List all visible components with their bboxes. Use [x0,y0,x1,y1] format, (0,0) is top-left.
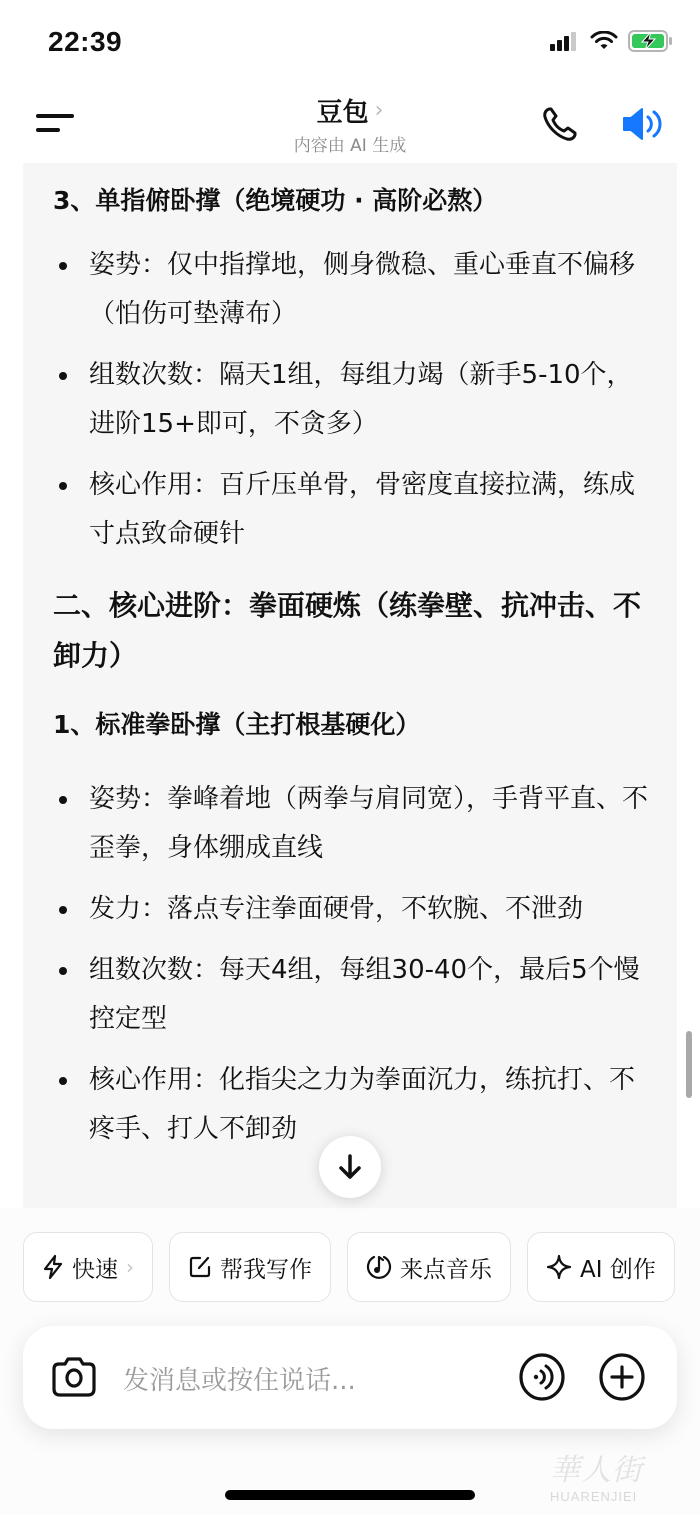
scrollbar[interactable] [686,1031,692,1098]
section-heading: 二、核心进阶：拳面硬炼（练拳壁、抗冲击、不卸力） [53,581,653,681]
chat-title[interactable]: 豆包 › [317,92,384,129]
status-time: 22:39 [48,26,122,58]
voice-call-icon [518,1353,566,1401]
status-icons [550,30,674,52]
bullet-list: 姿势：仅中指撑地，侧身微稳、重心垂直不偏移（怕伤可垫薄布） 组数次数：隔天1组，… [53,241,653,559]
ai-generated-notice: 内容由 AI 生成 [0,131,700,156]
assistant-message: 3、单指俯卧撑（绝境硬功 · 高阶必熬） 姿势：仅中指撑地，侧身微稳、重心垂直不… [53,179,653,1154]
bullet-list: 姿势：拳峰着地（两拳与肩同宽），手背平直、不歪拳，身体绷成直线 发力：落点专注拳… [53,775,653,1154]
watermark-cn: 華人街 [550,1445,643,1489]
watermark: 華人街 HUARENJIEI [550,1445,643,1504]
section-heading: 3、单指俯卧撑（绝境硬功 · 高阶必熬） [53,179,653,223]
sparkle-icon [546,1254,572,1280]
phone-call-button[interactable] [540,104,580,144]
more-options-button[interactable] [598,1353,646,1405]
arrow-down-icon [337,1153,363,1181]
chevron-right-icon: › [375,98,384,123]
plus-icon [598,1353,646,1401]
chip-ai-create[interactable]: AI 创作 [527,1232,675,1302]
header: 豆包 › 内容由 AI 生成 [0,86,700,162]
chip-label: AI 创作 [580,1251,656,1284]
status-bar: 22:39 [0,0,700,86]
phone-icon [540,104,580,144]
list-item: 组数次数：隔天1组，每组力竭（新手5-10个，进阶15+即可，不贪多） [53,351,653,449]
section-heading: 1、标准拳卧撑（主打根基硬化） [53,703,653,747]
speaker-button[interactable] [620,104,668,144]
list-item: 发力：落点专注拳面硬骨，不软腕、不泄劲 [53,885,653,934]
music-icon [366,1254,392,1280]
chip-label: 帮我写作 [220,1251,312,1284]
chip-play-music[interactable]: 来点音乐 [347,1232,511,1302]
message-input-bar: 发消息或按住说话... [23,1326,677,1429]
list-item: 组数次数：每天4组，每组30-40个，最后5个慢控定型 [53,946,653,1044]
edit-icon [188,1255,212,1279]
list-item: 姿势：仅中指撑地，侧身微稳、重心垂直不偏移（怕伤可垫薄布） [53,241,653,339]
camera-button[interactable] [51,1356,97,1402]
chevron-right-icon: › [126,1255,134,1279]
voice-call-button[interactable] [518,1353,566,1405]
bot-name: 豆包 [317,92,369,129]
home-indicator[interactable] [225,1490,475,1500]
battery-charging-icon [628,30,674,52]
title-area[interactable]: 豆包 › 内容由 AI 生成 [0,92,700,156]
wifi-icon [590,31,618,51]
chat-message-area[interactable]: 3、单指俯卧撑（绝境硬功 · 高阶必熬） 姿势：仅中指撑地，侧身微稳、重心垂直不… [23,163,677,1208]
list-item: 姿势：拳峰着地（两拳与肩同宽），手背平直、不歪拳，身体绷成直线 [53,775,653,873]
cellular-signal-icon [550,31,580,51]
camera-icon [51,1356,97,1398]
chip-fast-mode[interactable]: 快速 › [23,1232,153,1302]
list-item: 核心作用：百斤压单骨，骨密度直接拉满，练成寸点致命硬针 [53,461,653,559]
message-input[interactable]: 发消息或按住说话... [123,1360,356,1397]
chip-help-me-write[interactable]: 帮我写作 [169,1232,331,1302]
chip-label: 来点音乐 [400,1251,492,1284]
scroll-to-bottom-button[interactable] [319,1136,381,1198]
watermark-en: HUARENJIEI [550,1489,637,1504]
speaker-icon [620,104,668,144]
chip-label: 快速 [72,1251,118,1284]
lightning-icon [42,1254,64,1280]
quick-action-chips: 快速 › 帮我写作 来点音乐 AI 创作 [23,1232,675,1302]
